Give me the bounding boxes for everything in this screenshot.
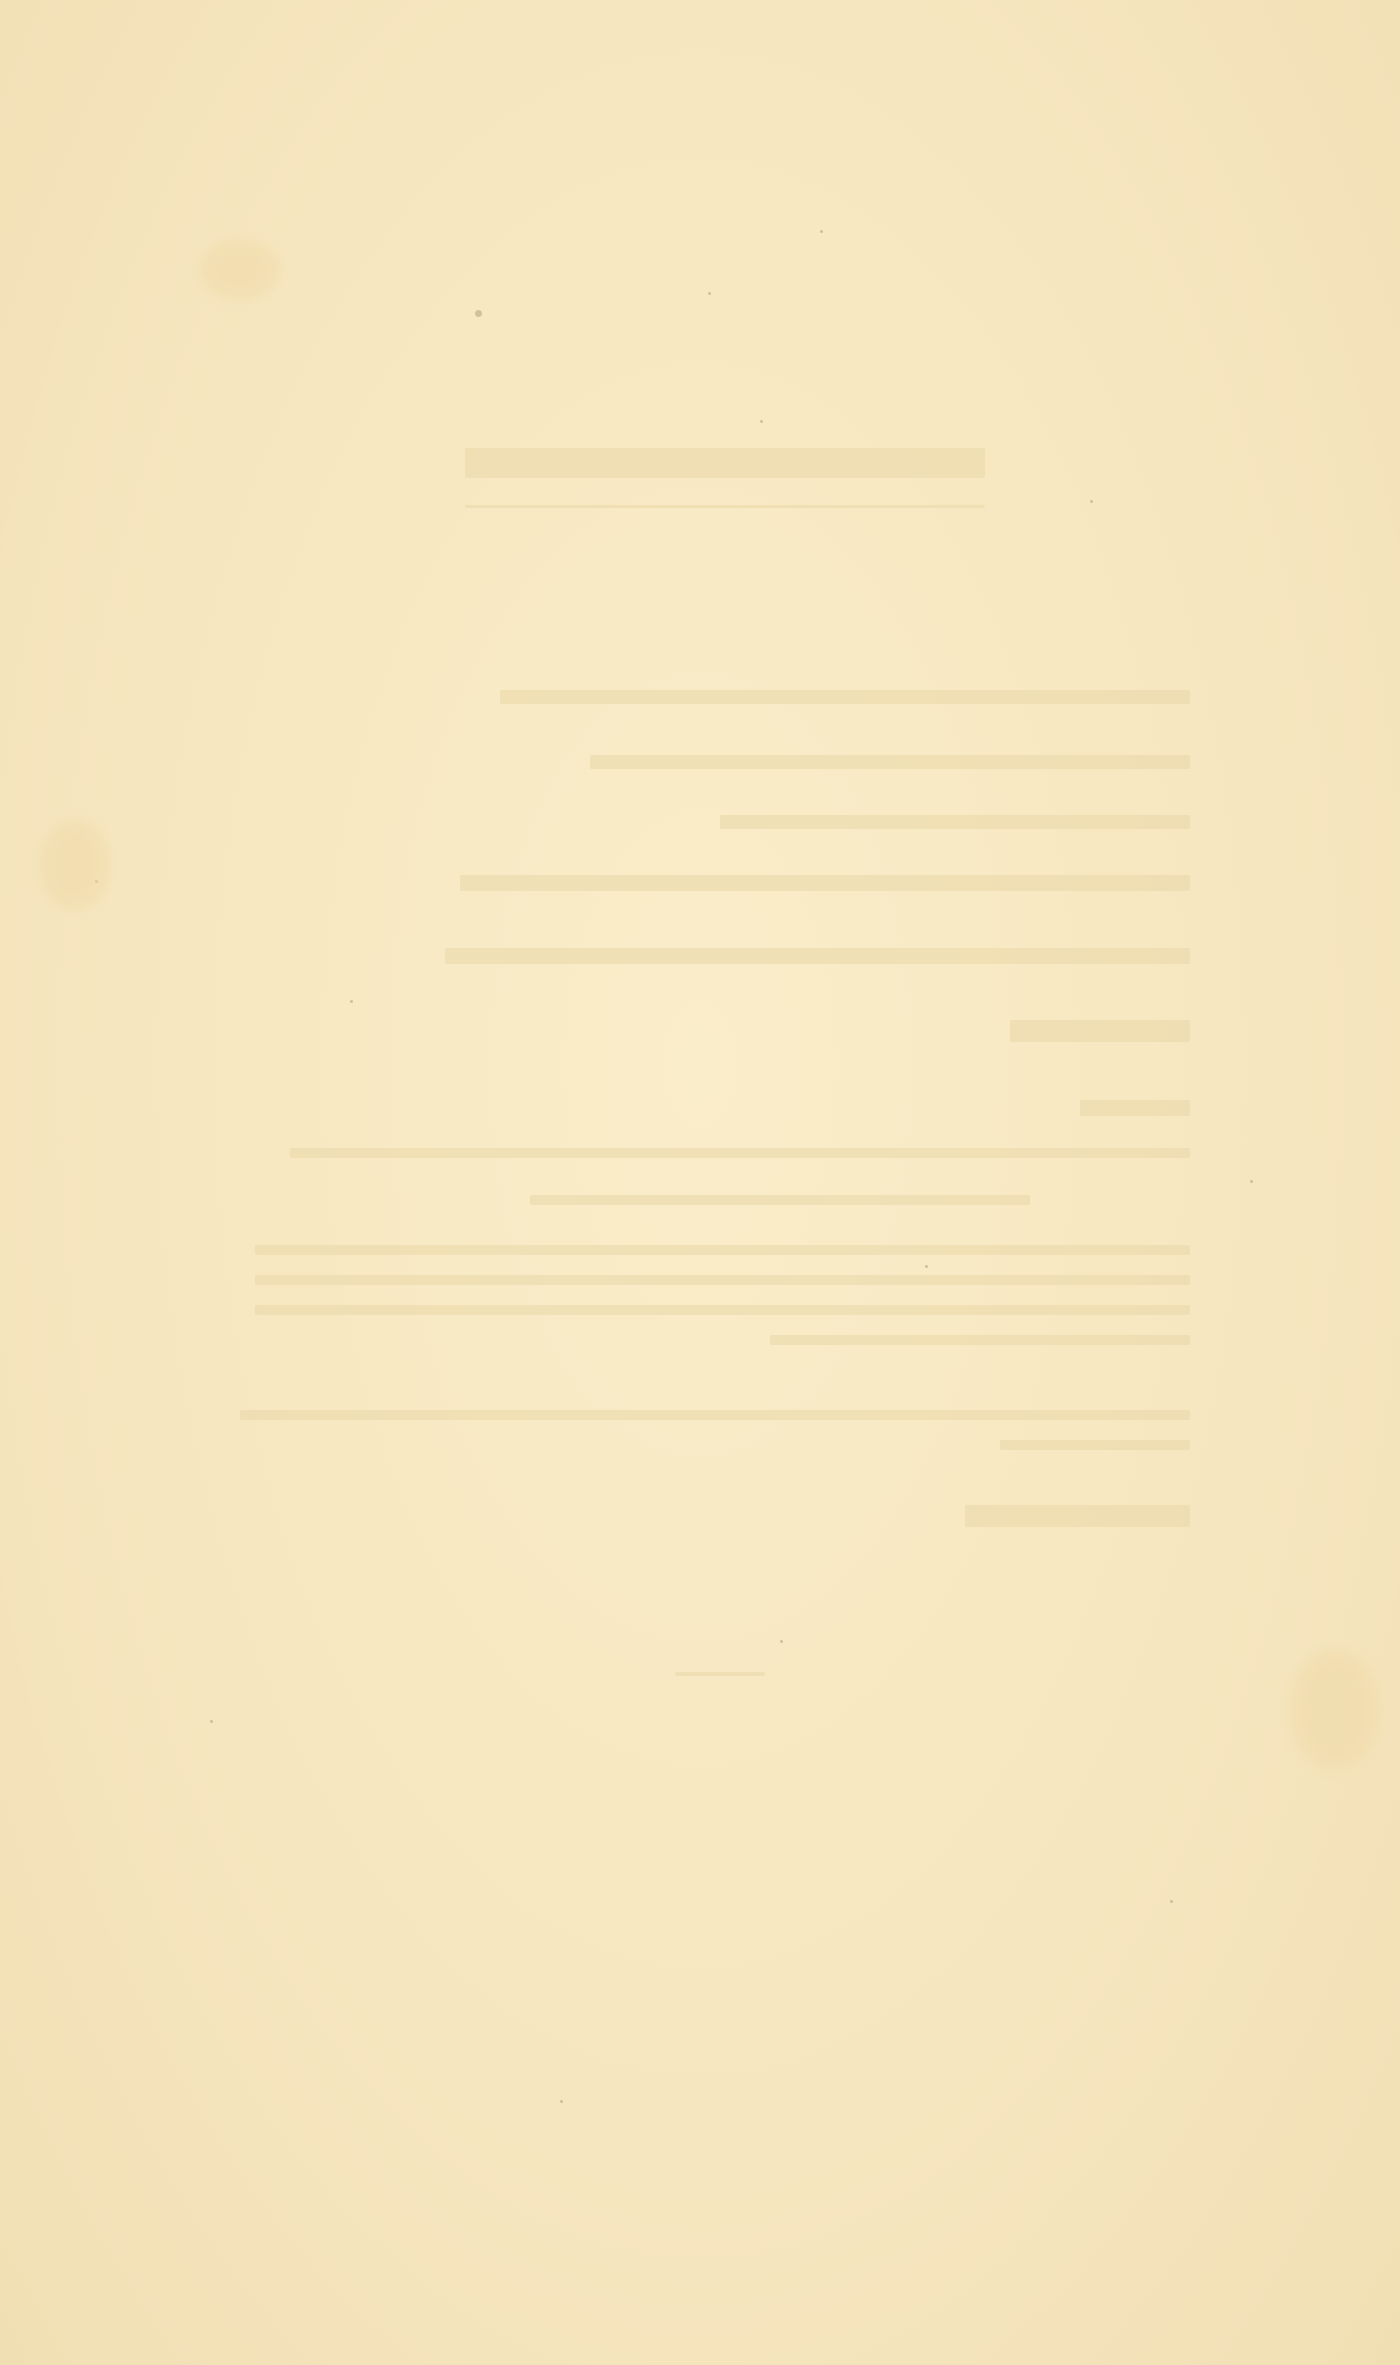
bleed-through-line — [255, 1305, 1190, 1315]
bleed-through-line — [1000, 1440, 1190, 1450]
bleed-through-heading — [1080, 1100, 1190, 1116]
bleed-through-line — [500, 690, 1190, 704]
paper-speck — [925, 1265, 928, 1268]
paper-speck — [1250, 1180, 1253, 1183]
paper-speck — [760, 420, 763, 423]
paper-stain — [1290, 1650, 1380, 1770]
bleed-through-title — [465, 448, 985, 478]
bleed-through-line — [770, 1335, 1190, 1345]
bleed-through-title-rule — [465, 505, 985, 508]
bleed-through-line — [720, 815, 1190, 829]
bleed-through-line — [255, 1275, 1190, 1285]
bleed-through-line — [255, 1245, 1190, 1255]
bleed-through-line — [590, 755, 1190, 769]
bleed-through-heading — [1010, 1020, 1190, 1042]
paper-speck — [708, 292, 711, 295]
bleed-through-line — [445, 948, 1190, 964]
paper-stain — [40, 820, 110, 910]
paper-speck — [475, 310, 482, 317]
bleed-through-line — [290, 1148, 1190, 1158]
paper-speck — [780, 1640, 783, 1643]
paper-speck — [210, 1720, 213, 1723]
bleed-through-ornament — [675, 1672, 765, 1676]
bleed-through-line — [530, 1195, 1030, 1205]
paper-speck — [1090, 500, 1093, 503]
bleed-through-line — [460, 875, 1190, 891]
bleed-through-heading — [965, 1505, 1190, 1527]
paper-speck — [350, 1000, 353, 1003]
bleed-through-line — [240, 1410, 1190, 1420]
blank-page — [0, 0, 1400, 2365]
paper-speck — [560, 2100, 563, 2103]
paper-speck — [1170, 1900, 1173, 1903]
paper-speck — [820, 230, 823, 233]
paper-stain — [200, 240, 280, 300]
